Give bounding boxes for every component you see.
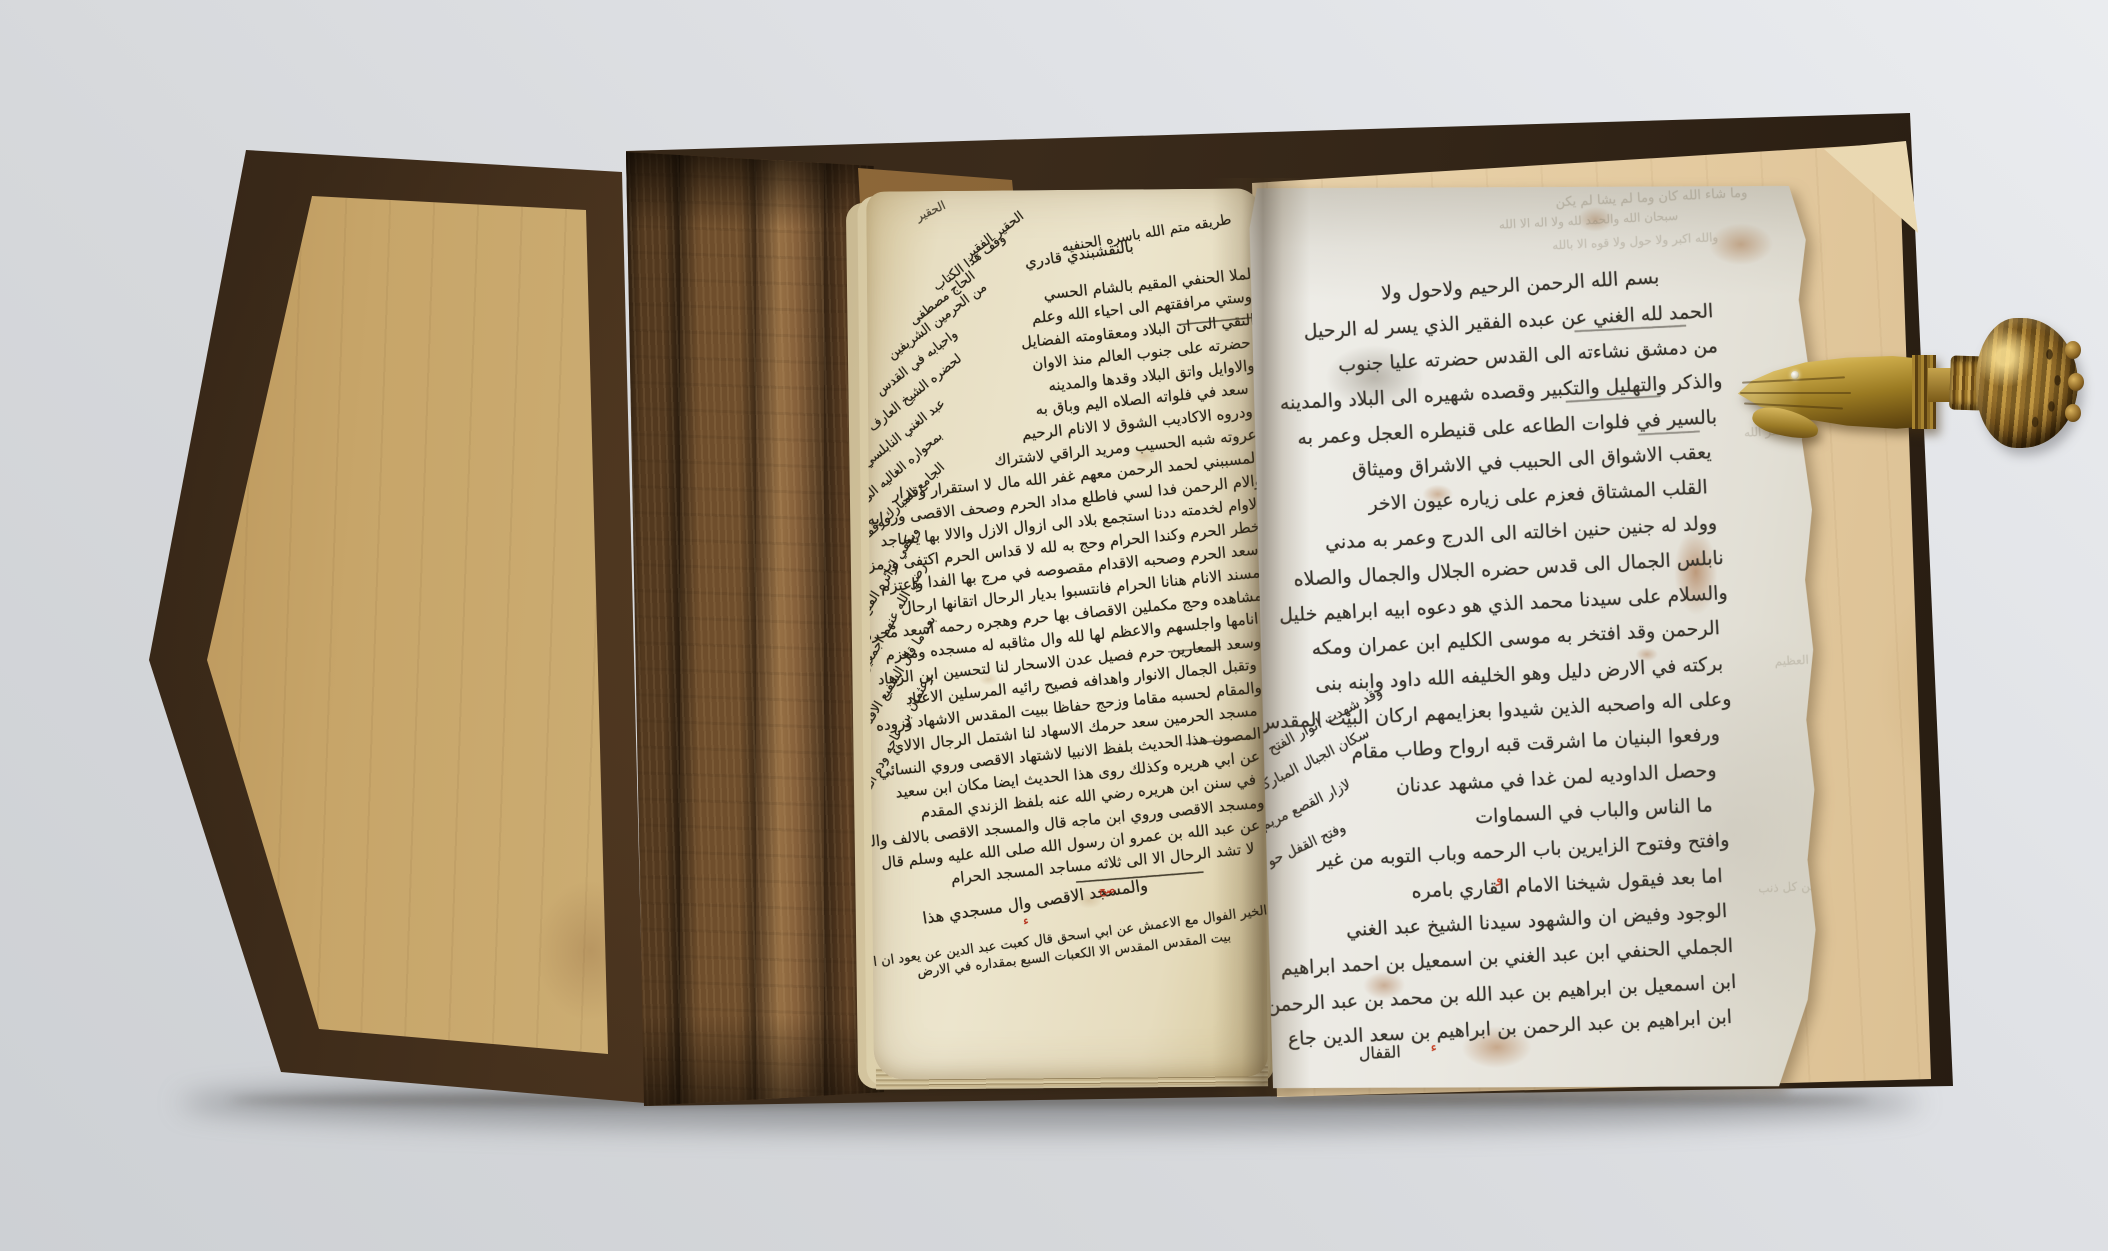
right-page-script-line: الوجود وفيض ان والشهود سيدنا الشيخ عبد ا… [1345,902,1727,940]
clasp-finial-knob [1976,318,2078,448]
right-page-script-line: ما الناس والباب في السماوات [1475,796,1713,827]
right-page-script-line: الجملي الحنفي ابن عبد الغني بن اسمعيل بن… [1280,937,1733,979]
right-page-script-line: سبحان الله والحمد لله ولا اله الا الله [1498,210,1678,231]
right-page-script-line: القلب المشتاق فعزم على زياره عيون الاخر [1368,478,1708,514]
manuscript-photo: الحقيرطريقه متم الله باسره الحنفيهبالنقش… [0,0,2108,1251]
right-page-script-line: وافتح وفتوح الزايرين باب الرحمه وباب الت… [1317,831,1730,871]
right-page-script-line: وما شاء الله كان وما لم يشا لم يكن [1555,187,1747,210]
right-page-script-line: اما بعد فيقول شيخنا الامام القاري بامره [1411,867,1723,902]
left-page-script-line: ء [1023,914,1030,927]
hand-clasp-finger-groove [1740,392,1851,394]
right-page-script-line: العظيم [1774,654,1809,668]
left-page-script: الحقيرطريقه متم الله باسره الحنفيهبالنقش… [866,188,1268,1079]
finial-scallop [2068,373,2084,391]
right-page-script-line: بسم الله الرحمن الرحيم ولاحول ولا [1380,268,1659,303]
right-page-script-line: ابن ابراهيم بن عبد الرحمن بن ابراهيم بن … [1288,1008,1733,1049]
right-manuscript-page-wrap: وما شاء الله كان وما لم يشا لم يكنسبحان … [1249,180,1821,1097]
right-page-script-line: و [1496,872,1503,885]
left-page-script-line: صح [1098,884,1115,897]
page-gutter-shadow [1212,178,1310,1096]
right-page-script-line: وحصل الداوديه لمن غدا في مشهد عدنان [1395,761,1717,796]
right-page-script-line: ــــــــــــــــــــ [1574,312,1686,337]
right-page-script-line: وولد له جنين حنين اخالته الى الدرج وعمر … [1324,514,1717,553]
hand-clasp [1738,352,1936,432]
right-manuscript-page: وما شاء الله كان وما لم يشا لم يكنسبحان … [1249,180,1821,1097]
right-page-script-line: ـــــــــــ [1637,417,1699,439]
left-page-script-line: الحقير [914,199,947,223]
spine-leather [626,140,884,1112]
finial-scallop [2065,341,2081,359]
right-page-script-line: الرحمن وقد افتخر به موسى الكليم ابن عمرا… [1312,619,1721,659]
spine-band-inner [680,140,756,1112]
spine-band-smooth [756,140,824,1112]
right-page-script-line: نابلس الجمال الى قدس حضره الجلال والجمال… [1293,549,1724,590]
left-manuscript-page: الحقيرطريقه متم الله باسره الحنفيهبالنقش… [866,188,1268,1079]
right-page-script-line: ء [1430,1041,1437,1054]
right-page-script-line: والله اكبر ولا حول ولا قوه الا بالله [1552,231,1719,251]
right-page-script-line: يعقب الاشواق الى الحبيب في الاشراق وميثا… [1351,443,1712,480]
right-page-script-line: القفال [1358,1044,1401,1062]
right-page-script-line: من دمشق نشاءته الى القدس حضرته عليا جنوب [1338,337,1719,375]
right-page-script: وما شاء الله كان وما لم يشا لم يكنسبحان … [1249,180,1821,1097]
right-page-script-line: من كل ذنب [1757,880,1816,895]
right-page-script-line: ـــــــــــــــــ [1566,382,1662,407]
right-page-script-line: ورفعوا البنيان ما اشرقت قبه ارواح وطاب م… [1351,725,1720,763]
finial-scallop [2065,404,2081,422]
